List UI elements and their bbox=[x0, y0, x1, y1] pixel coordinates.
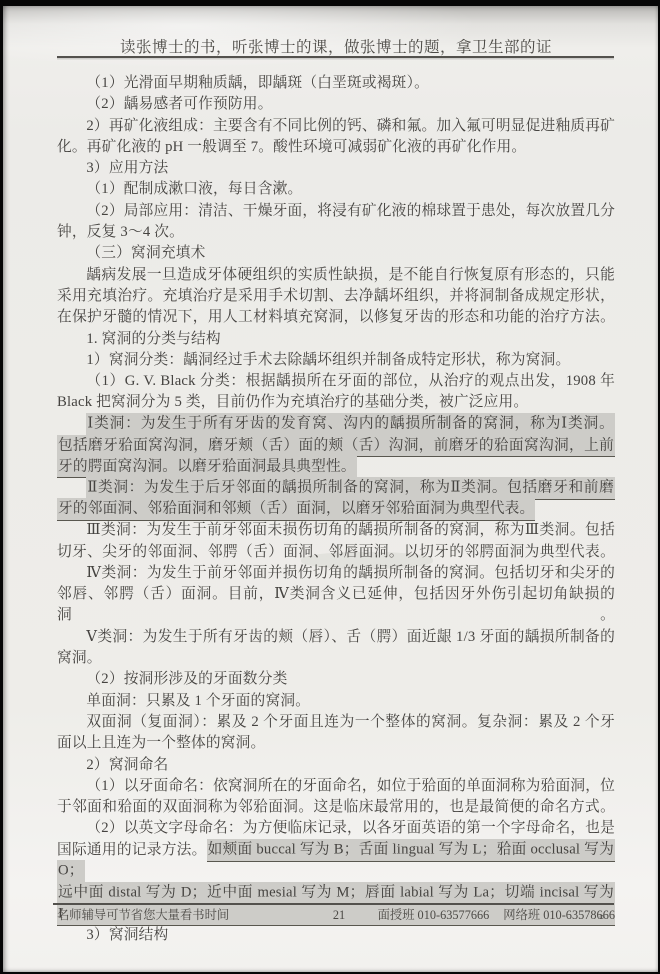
text-line: 2）再矿化液组成：主要含有不同比例的钙、磷和氟。加入氟可明显促进釉质再矿 bbox=[57, 116, 615, 137]
text-segment: 在保护牙髓的情况下，用人工材料填充窝洞，以修复牙齿的形态和功能的治疗方法。 bbox=[57, 309, 615, 325]
header-slogan: 读张博士的书，听张博士的课，做张博士的题，拿卫生部的证 bbox=[57, 39, 615, 56]
text-segment: 2）窝洞命名 bbox=[86, 757, 168, 773]
text-line: 单面洞：只累及 1 个牙面的窝洞。 bbox=[57, 691, 615, 712]
text-segment: Ⅴ类洞：为发生于所有牙齿的颊（唇）、舌（腭）面近龈 1/3 牙面的龋损所制备的 bbox=[86, 629, 615, 645]
highlighted-text: 牙的腭面窝沟洞。以磨牙𬌗面洞最具典型性。 bbox=[57, 456, 357, 479]
text-segment: （2）按洞形涉及的牙面数分类 bbox=[86, 671, 287, 687]
text-line: 双面洞（复面洞）：累及 2 个牙面且连为一个整体的窝洞。复杂洞：累及 2 个牙 bbox=[57, 712, 615, 733]
text-line: 2）窝洞命名 bbox=[57, 755, 615, 776]
text-segment: （1）以牙面命名：依窝洞所在的牙面命名，如位于𬌗面的单面洞称为𬌗面洞，位 bbox=[86, 778, 615, 794]
footer-onsite-class-phone: 面授班 010-63577666 bbox=[378, 908, 490, 922]
text-segment: 采用充填治疗。充填治疗是采用手术切割、去净龋坏组织，并将洞制备成规定形状， bbox=[57, 288, 615, 304]
text-segment: 1）窝洞分类：龋洞经过手术去除龋坏组织并制备成特定形状，称为窝洞。 bbox=[86, 352, 570, 368]
text-line: 邻唇、邻腭（舌）面洞。目前，Ⅳ类洞含义已延伸，包括因牙外伤引起切角缺损的洞。 bbox=[57, 584, 615, 627]
text-segment: （2）龋易感者可作预防用。 bbox=[86, 96, 272, 112]
footer-rule bbox=[53, 903, 614, 905]
text-line: （2）按洞形涉及的牙面数分类 bbox=[57, 669, 615, 690]
text-segment: 1. 窝洞的分类与结构 bbox=[86, 331, 220, 347]
text-segment: （2）局部应用：清洁、干燥牙面，将浸有矿化液的棉球置于患处，每次放置几分 bbox=[86, 203, 615, 219]
body-text: （1）光滑面早期釉质龋，即龋斑（白垩斑或褐斑）。（2）龋易感者可作预防用。2）再… bbox=[57, 73, 615, 946]
text-segment: 于邻面和𬌗面的双面洞称为邻𬌗面洞。这是临床最常用的，也是最简便的命名方式。 bbox=[57, 799, 615, 815]
text-line: （1）G. V. Black 分类：根据龋损所在牙面的部位，从治疗的观点出发，1… bbox=[57, 371, 615, 392]
text-line: Black 把窝洞分为 5 类，目前仍作为充填治疗的基础分类，被广泛应用。 bbox=[57, 392, 615, 413]
text-segment: 钟，反复 3～4 次。 bbox=[57, 224, 184, 240]
text-segment: 面以上且连为一个整体的窝洞。 bbox=[57, 735, 265, 751]
text-line: 窝洞。 bbox=[57, 648, 615, 669]
header-rule bbox=[57, 56, 614, 58]
text-segment: 双面洞（复面洞）：累及 2 个牙面且连为一个整体的窝洞。复杂洞：累及 2 个牙 bbox=[86, 714, 615, 730]
text-segment: 2）再矿化液组成：主要含有不同比例的钙、磷和氟。加入氟可明显促进釉质再矿 bbox=[86, 118, 615, 134]
text-line: Ⅱ类洞：为发生于后牙邻面的龋损所制备的窝洞，称为Ⅱ类洞。包括磨牙和前磨 bbox=[57, 478, 615, 499]
text-line: 牙的邻面洞、邻𬌗面洞和邻颊（舌）面洞，以磨牙邻𬌗面洞为典型代表。 bbox=[57, 499, 615, 520]
text-line: 包括磨牙𬌗面窝沟洞，磨牙颊（舌）面的颊（舌）沟洞，前磨牙的𬌗面窝沟洞，上前 bbox=[57, 435, 615, 456]
text-segment: 3）应用方法 bbox=[86, 160, 168, 176]
text-line: 在保护牙髓的情况下，用人工材料填充窝洞，以修复牙齿的形态和功能的治疗方法。 bbox=[57, 307, 615, 328]
highlighted-text: 包括磨牙𬌗面窝沟洞，磨牙颊（舌）面的颊（舌）沟洞，前磨牙的𬌗面窝沟洞，上前 bbox=[57, 435, 615, 458]
text-line: 牙的腭面窝沟洞。以磨牙𬌗面洞最具典型性。 bbox=[57, 456, 615, 477]
footer-slogan: 名师辅导可节省您大量看书时间 bbox=[57, 908, 229, 923]
text-line: （三）窝洞充填术 bbox=[57, 243, 615, 264]
text-line: 国际通用的记录方法。如颊面 buccal 写为 B；舌面 lingual 写为 … bbox=[57, 840, 615, 883]
text-line: （2）局部应用：清洁、干燥牙面，将浸有矿化液的棉球置于患处，每次放置几分 bbox=[57, 201, 615, 222]
text-line: 3）窝洞结构 bbox=[57, 925, 615, 946]
footer-contacts: 面授班 010-63577666网络班 010-63578666 bbox=[364, 908, 615, 923]
text-segment: 龋病发展一旦造成牙体硬组织的实质性缺损，是不能自行恢复原有形态的，只能 bbox=[86, 267, 615, 283]
text-line: （1）光滑面早期釉质龋，即龋斑（白垩斑或褐斑）。 bbox=[57, 73, 615, 94]
text-line: 采用充填治疗。充填治疗是采用手术切割、去净龋坏组织，并将洞制备成规定形状， bbox=[57, 286, 615, 307]
text-line: 钟，反复 3～4 次。 bbox=[57, 222, 615, 243]
footer-online-class-phone: 网络班 010-63578666 bbox=[503, 908, 615, 922]
text-line: 3）应用方法 bbox=[57, 158, 615, 179]
text-segment: （1）光滑面早期釉质龋，即龋斑（白垩斑或褐斑）。 bbox=[86, 75, 429, 91]
text-segment: 3）窝洞结构 bbox=[86, 927, 168, 943]
text-segment: （三）窝洞充填术 bbox=[86, 245, 205, 261]
text-line: Ⅰ类洞：为发生于所有牙齿的发育窝、沟内的龋损所制备的窝洞，称为Ⅰ类洞。 bbox=[57, 414, 615, 435]
text-line: 面以上且连为一个整体的窝洞。 bbox=[57, 733, 615, 754]
text-line: （2）以英文字母命名：为方便临床记录，以各牙面英语的第一个字母命名，也是 bbox=[57, 818, 615, 839]
text-line: 1）窝洞分类：龋洞经过手术去除龋坏组织并制备成特定形状，称为窝洞。 bbox=[57, 350, 615, 371]
text-line: 龋病发展一旦造成牙体硬组织的实质性缺损，是不能自行恢复原有形态的，只能 bbox=[57, 265, 615, 286]
text-line: （2）龋易感者可作预防用。 bbox=[57, 94, 615, 115]
text-segment: （1）配制成漱口液，每日含漱。 bbox=[86, 181, 302, 197]
text-segment: 化。再矿化液的 pH 一般调至 7。酸性环境可减弱矿化液的再矿化作用。 bbox=[57, 139, 526, 155]
highlighted-text: Ⅱ类洞：为发生于后牙邻面的龋损所制备的窝洞，称为Ⅱ类洞。包括磨牙和前磨 bbox=[86, 477, 615, 500]
text-segment: 国际通用的记录方法。 bbox=[57, 842, 207, 858]
text-segment: （1）G. V. Black 分类：根据龋损所在牙面的部位，从治疗的观点出发，1… bbox=[86, 373, 615, 389]
text-line: Ⅲ类洞：为发生于前牙邻面未损伤切角的龋损所制备的窝洞，称为Ⅲ类洞。包括 bbox=[57, 520, 615, 541]
scan-smudge bbox=[301, 552, 433, 569]
text-line: 化。再矿化液的 pH 一般调至 7。酸性环境可减弱矿化液的再矿化作用。 bbox=[57, 137, 615, 158]
highlighted-text: 牙的邻面洞、邻𬌗面洞和邻颊（舌）面洞，以磨牙邻𬌗面洞为典型代表。 bbox=[57, 498, 535, 521]
text-segment: 邻唇、邻腭（舌）面洞。目前，Ⅳ类洞含义已延伸，包括因牙外伤引起切角缺损的洞。 bbox=[57, 586, 615, 623]
text-line: Ⅴ类洞：为发生于所有牙齿的颊（唇）、舌（腭）面近龈 1/3 牙面的龋损所制备的 bbox=[57, 627, 615, 648]
text-line: 1. 窝洞的分类与结构 bbox=[57, 329, 615, 350]
scanned-page: 读张博士的书，听张博士的课，做张博士的题，拿卫生部的证 （1）光滑面早期釉质龋，… bbox=[3, 6, 658, 972]
text-line: 于邻面和𬌗面的双面洞称为邻𬌗面洞。这是临床最常用的，也是最简便的命名方式。 bbox=[57, 797, 615, 818]
page-number: 21 bbox=[319, 908, 359, 923]
text-line: （1）以牙面命名：依窝洞所在的牙面命名，如位于𬌗面的单面洞称为𬌗面洞，位 bbox=[57, 776, 615, 797]
text-segment: （2）以英文字母命名：为方便临床记录，以各牙面英语的第一个字母命名，也是 bbox=[86, 820, 615, 836]
text-segment: 窝洞。 bbox=[57, 650, 102, 666]
highlighted-text: Ⅰ类洞：为发生于所有牙齿的发育窝、沟内的龋损所制备的窝洞，称为Ⅰ类洞。 bbox=[86, 413, 615, 436]
text-segment: Ⅲ类洞：为发生于前牙邻面未损伤切角的龋损所制备的窝洞，称为Ⅲ类洞。包括 bbox=[86, 522, 615, 538]
text-segment: Black 把窝洞分为 5 类，目前仍作为充填治疗的基础分类，被广泛应用。 bbox=[57, 394, 528, 410]
text-line: （1）配制成漱口液，每日含漱。 bbox=[57, 179, 615, 200]
text-segment: 单面洞：只累及 1 个牙面的窝洞。 bbox=[86, 693, 310, 709]
